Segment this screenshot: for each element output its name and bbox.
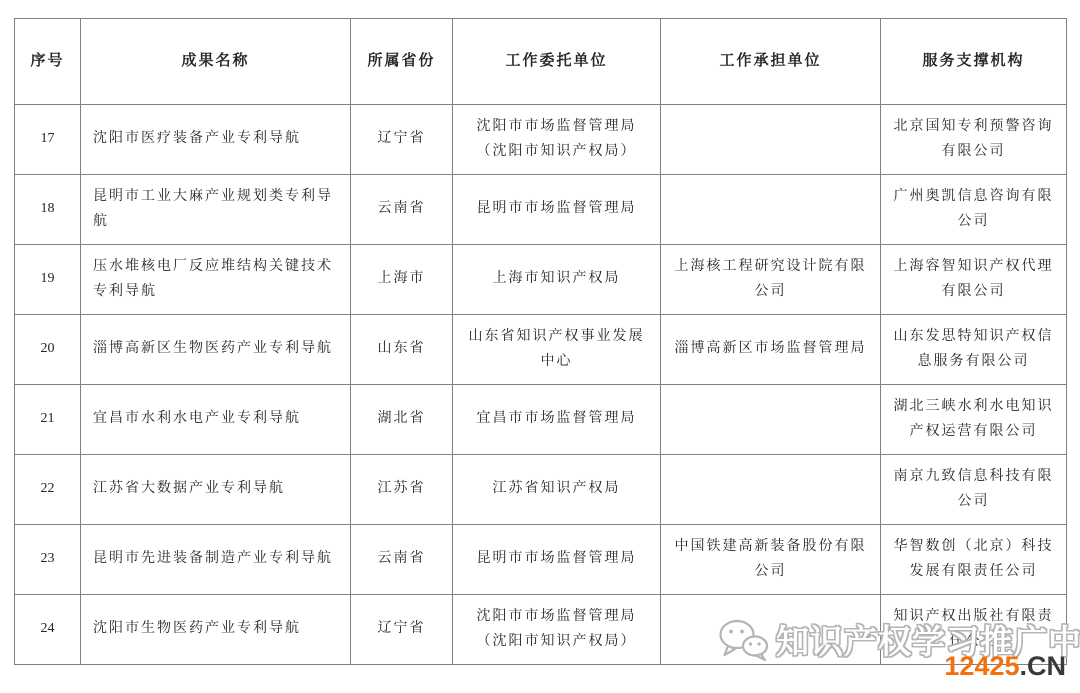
table-header-row: 序号 成果名称 所属省份 工作委托单位 工作承担单位 服务支撑机构 xyxy=(15,19,1067,105)
cell-support-organization: 南京九致信息科技有限公司 xyxy=(881,455,1067,525)
cell-undertaking-unit: 中国铁建高新装备股份有限公司 xyxy=(661,525,881,595)
cell-commissioning-unit: 山东省知识产权事业发展中心 xyxy=(453,315,661,385)
cell-undertaking-unit: 上海核工程研究设计院有限公司 xyxy=(661,245,881,315)
table-row: 22 江苏省大数据产业专利导航 江苏省 江苏省知识产权局 南京九致信息科技有限公… xyxy=(15,455,1067,525)
cell-undertaking-unit xyxy=(661,105,881,175)
header-commissioning-unit: 工作委托单位 xyxy=(453,19,661,105)
table-row: 17 沈阳市医疗装备产业专利导航 辽宁省 沈阳市市场监督管理局（沈阳市知识产权局… xyxy=(15,105,1067,175)
cell-achievement-name: 沈阳市医疗装备产业专利导航 xyxy=(81,105,351,175)
cell-commissioning-unit: 沈阳市市场监督管理局（沈阳市知识产权局） xyxy=(453,595,661,665)
cell-commissioning-unit: 宜昌市市场监督管理局 xyxy=(453,385,661,455)
cell-province: 山东省 xyxy=(351,315,453,385)
cell-commissioning-unit: 沈阳市市场监督管理局（沈阳市知识产权局） xyxy=(453,105,661,175)
cell-support-organization: 山东发思特知识产权信息服务有限公司 xyxy=(881,315,1067,385)
cell-support-organization: 北京国知专利预警咨询有限公司 xyxy=(881,105,1067,175)
cell-commissioning-unit: 昆明市市场监督管理局 xyxy=(453,525,661,595)
cell-serial-number: 18 xyxy=(15,175,81,245)
patent-navigation-table: 序号 成果名称 所属省份 工作委托单位 工作承担单位 服务支撑机构 17 沈阳市… xyxy=(14,18,1067,665)
site-number: 12425 xyxy=(944,651,1019,681)
cell-achievement-name: 昆明市先进装备制造产业专利导航 xyxy=(81,525,351,595)
table-row: 20 淄博高新区生物医药产业专利导航 山东省 山东省知识产权事业发展中心 淄博高… xyxy=(15,315,1067,385)
cell-achievement-name: 昆明市工业大麻产业规划类专利导航 xyxy=(81,175,351,245)
header-serial-number: 序号 xyxy=(15,19,81,105)
cell-achievement-name: 江苏省大数据产业专利导航 xyxy=(81,455,351,525)
cell-achievement-name: 沈阳市生物医药产业专利导航 xyxy=(81,595,351,665)
cell-serial-number: 19 xyxy=(15,245,81,315)
site-tld: .CN xyxy=(1020,651,1067,681)
cell-province: 湖北省 xyxy=(351,385,453,455)
cell-serial-number: 20 xyxy=(15,315,81,385)
cell-serial-number: 23 xyxy=(15,525,81,595)
cell-province: 辽宁省 xyxy=(351,595,453,665)
header-undertaking-unit: 工作承担单位 xyxy=(661,19,881,105)
table-row: 24 沈阳市生物医药产业专利导航 辽宁省 沈阳市市场监督管理局（沈阳市知识产权局… xyxy=(15,595,1067,665)
cell-province: 江苏省 xyxy=(351,455,453,525)
cell-undertaking-unit xyxy=(661,455,881,525)
cell-province: 云南省 xyxy=(351,525,453,595)
cell-commissioning-unit: 上海市知识产权局 xyxy=(453,245,661,315)
cell-commissioning-unit: 昆明市市场监督管理局 xyxy=(453,175,661,245)
cell-achievement-name: 宜昌市水利水电产业专利导航 xyxy=(81,385,351,455)
cell-undertaking-unit xyxy=(661,595,881,665)
table-row: 18 昆明市工业大麻产业规划类专利导航 云南省 昆明市市场监督管理局 广州奥凯信… xyxy=(15,175,1067,245)
cell-province: 云南省 xyxy=(351,175,453,245)
table-row: 19 压水堆核电厂反应堆结构关键技术专利导航 上海市 上海市知识产权局 上海核工… xyxy=(15,245,1067,315)
cell-undertaking-unit xyxy=(661,385,881,455)
cell-undertaking-unit: 淄博高新区市场监督管理局 xyxy=(661,315,881,385)
cell-province: 上海市 xyxy=(351,245,453,315)
cell-support-organization: 上海容智知识产权代理有限公司 xyxy=(881,245,1067,315)
header-province: 所属省份 xyxy=(351,19,453,105)
header-support-organization: 服务支撑机构 xyxy=(881,19,1067,105)
table-row: 21 宜昌市水利水电产业专利导航 湖北省 宜昌市市场监督管理局 湖北三峡水利水电… xyxy=(15,385,1067,455)
cell-support-organization: 华智数创（北京）科技发展有限责任公司 xyxy=(881,525,1067,595)
cell-achievement-name: 压水堆核电厂反应堆结构关键技术专利导航 xyxy=(81,245,351,315)
cell-province: 辽宁省 xyxy=(351,105,453,175)
site-mark: 12425.CN xyxy=(944,651,1066,682)
header-achievement-name: 成果名称 xyxy=(81,19,351,105)
cell-undertaking-unit xyxy=(661,175,881,245)
cell-support-organization: 广州奥凯信息咨询有限公司 xyxy=(881,175,1067,245)
cell-support-organization: 湖北三峡水利水电知识产权运营有限公司 xyxy=(881,385,1067,455)
table-row: 23 昆明市先进装备制造产业专利导航 云南省 昆明市市场监督管理局 中国铁建高新… xyxy=(15,525,1067,595)
cell-commissioning-unit: 江苏省知识产权局 xyxy=(453,455,661,525)
cell-achievement-name: 淄博高新区生物医药产业专利导航 xyxy=(81,315,351,385)
cell-serial-number: 22 xyxy=(15,455,81,525)
cell-serial-number: 24 xyxy=(15,595,81,665)
cell-serial-number: 21 xyxy=(15,385,81,455)
cell-serial-number: 17 xyxy=(15,105,81,175)
